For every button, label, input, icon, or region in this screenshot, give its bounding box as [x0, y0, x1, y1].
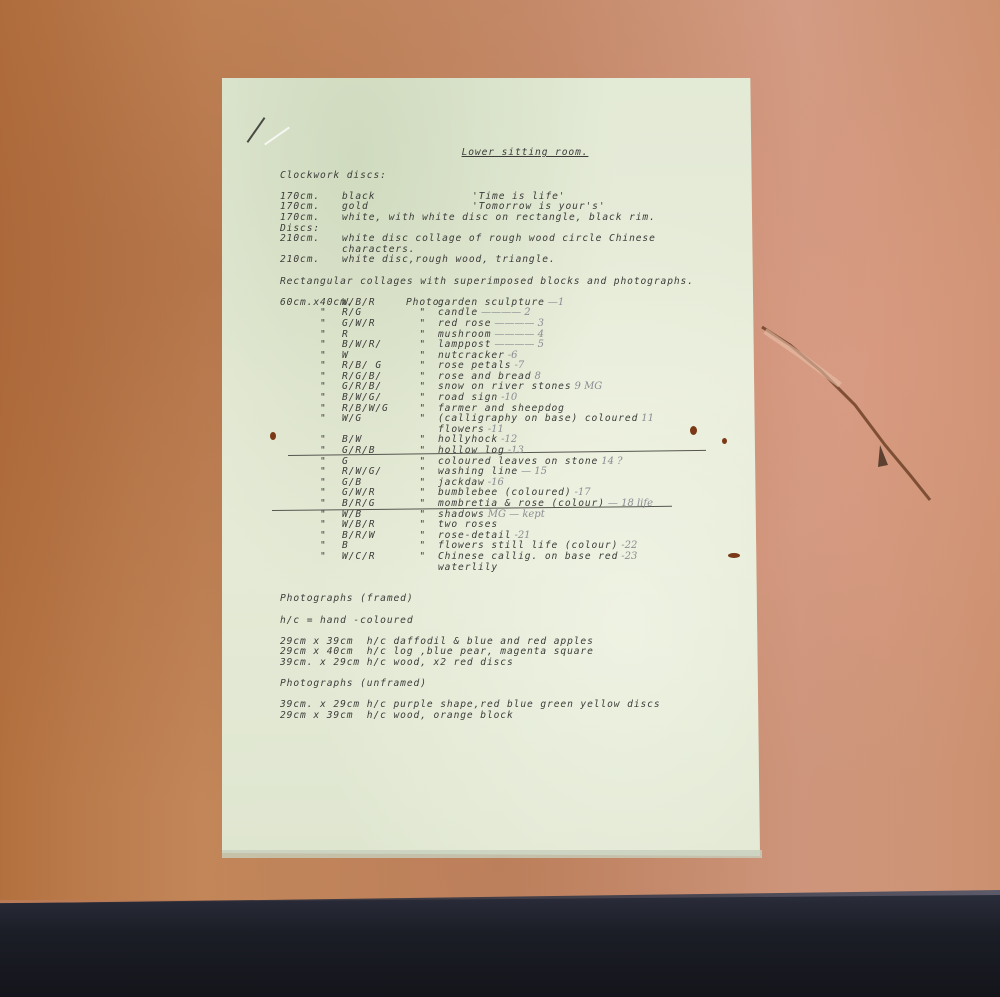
collage-item: "B/R/G "mombretia & rose (colour)— 18 li…: [280, 499, 750, 510]
colour-code: B/R/G: [342, 499, 402, 510]
item-description: white disc,rough wood, triangle.: [342, 255, 556, 266]
item-description: white, with white disc on rectangle, bla…: [342, 213, 656, 224]
colour-code: G/W/R: [342, 319, 402, 330]
unframed-heading: Photographs (unframed): [280, 679, 750, 690]
typed-document: Lower sitting room. Clockwork discs: 170…: [280, 148, 750, 721]
photo-subject: red rose: [438, 319, 491, 330]
unframed-photo-item: 29cm x 39cm h/c wood, orange block: [280, 711, 750, 722]
spacer: [342, 563, 402, 574]
item-size: 170cm.: [280, 213, 342, 224]
disc-item: 210cm.white disc,rough wood, triangle.: [280, 255, 750, 266]
pencil-annotation: — 18 life: [608, 499, 653, 510]
pencil-annotation: 9 MG: [575, 382, 603, 393]
ditto-mark: ": [280, 414, 342, 425]
photo-line: 29cm x 39cm h/c wood, orange block: [280, 711, 514, 722]
framed-photo-item: 39cm. x 29cm h/c wood, x2 red discs: [280, 658, 750, 669]
item-size: 210cm.: [280, 255, 342, 266]
pencil-annotation: ———— 3: [494, 319, 544, 330]
photo-subject: Chinese callig. on base red: [438, 552, 618, 563]
collage-item: "W/G "(calligraphy on base) coloured11: [280, 414, 750, 425]
framed-list: 29cm x 39cm h/c daffodil & blue and red …: [280, 637, 750, 669]
colour-code: W/C/R: [342, 552, 402, 563]
ditto-mark: ": [280, 499, 342, 510]
collage-item: "G/W/R "red rose———— 3: [280, 319, 750, 330]
framed-heading: Photographs (framed): [280, 594, 750, 605]
photo-label: ": [402, 552, 438, 563]
collage-item-continued: waterlily: [280, 563, 750, 574]
colour-code: B/R/W: [342, 531, 402, 542]
clockwork-item: 170cm.white, with white disc on rectangl…: [280, 213, 750, 224]
pencil-annotation: — 15: [521, 467, 547, 478]
photo-subject-cont: waterlily: [438, 563, 498, 574]
item-size: 210cm.: [280, 234, 342, 245]
hand-coloured-note: h/c = hand -coloured: [280, 616, 750, 627]
collages-heading: Rectangular collages with superimposed b…: [280, 277, 750, 288]
clockwork-heading: Clockwork discs:: [280, 171, 750, 182]
photo-line: 39cm. x 29cm h/c wood, x2 red discs: [280, 658, 514, 669]
ditto-mark: ": [280, 319, 342, 330]
collage-item: "W/C/R "Chinese callig. on base red-23: [280, 552, 750, 563]
pencil-annotation: 11: [641, 414, 654, 425]
photo-label: ": [402, 319, 438, 330]
dark-table: [0, 895, 1000, 997]
pencil-annotation: —1: [548, 298, 564, 309]
cardboard-tear: [760, 325, 950, 515]
pencil-annotation: 14 ?: [601, 457, 622, 468]
pencil-annotation: -23: [621, 552, 637, 563]
colour-code: W/G: [342, 414, 402, 425]
rust-stain: [270, 432, 276, 440]
photo-label: ": [402, 414, 438, 425]
discs-list: 210cm.white disc collage of rough wood c…: [280, 234, 750, 266]
colour-code: G/R/B: [342, 446, 402, 457]
photo-subject: mombretia & rose (colour): [438, 499, 605, 510]
ditto-mark: ": [280, 552, 342, 563]
paper-bottom-edge: [222, 850, 762, 858]
collage-list: 60cm.x40cm.W/B/RPhoto:garden sculpture—1…: [280, 298, 750, 573]
spacer: [402, 563, 438, 574]
unframed-list: 39cm. x 29cm h/c purple shape,red blue g…: [280, 700, 750, 721]
document-title: Lower sitting room.: [300, 148, 750, 159]
spacer: [280, 563, 342, 574]
clockwork-list: 170cm.black'Time is life'170cm.gold'Tomo…: [280, 192, 750, 224]
photo-label: ": [402, 499, 438, 510]
colour-code: B/W/R/: [342, 340, 402, 351]
